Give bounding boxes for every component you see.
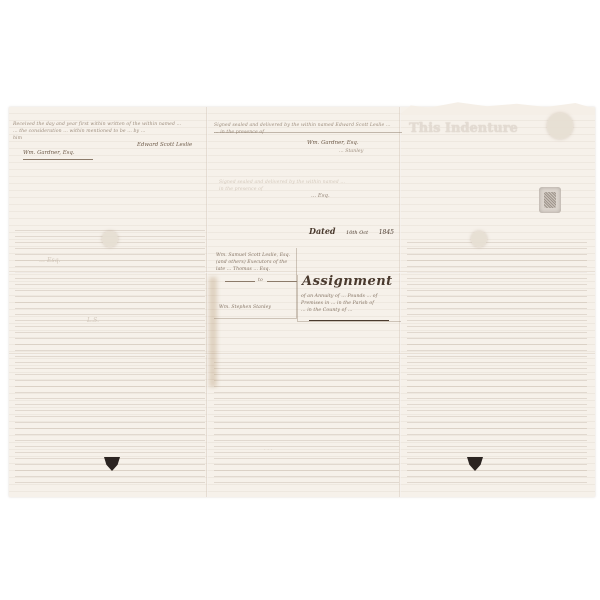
dated-day: 10th Oct (346, 230, 368, 236)
text-line: Signed sealed and delivered by the withi… (214, 122, 399, 129)
dated-line: Dated 10th Oct 1845 (309, 226, 394, 236)
dated-prefix: Dated (309, 226, 336, 236)
middle-second-signature: ... Esq. (311, 193, 330, 199)
text-line: Received the day and year first within w… (13, 121, 203, 128)
middle-witness-signature: Wm. Gardner, Esq. (307, 140, 359, 146)
fold-line-left (206, 107, 208, 497)
left-lower-note: L.S. (87, 317, 99, 324)
subtitle-line: of an Annuity of ... Pounds ... of (301, 293, 399, 300)
torn-edge (399, 99, 595, 115)
title-underline (309, 320, 389, 321)
text-line: him (13, 135, 203, 142)
embossed-seal (547, 113, 573, 139)
middle-top-rule (214, 132, 402, 133)
left-signature: Edward Scott Leslie (137, 142, 192, 148)
ruled-lines-right (407, 237, 587, 487)
middle-witness-detail: ... Stanley (339, 148, 363, 155)
subtitle-line: Premises in ... in the Parish of (301, 300, 399, 307)
middle-second-text: Signed sealed and delivered by the withi… (219, 179, 399, 193)
party-2: Wm. Stephen Stanley (219, 304, 271, 311)
left-note: ... Esq. (39, 257, 61, 264)
ruled-lines-left (15, 225, 205, 485)
title-subtitle: of an Annuity of ... Pounds ... of Premi… (301, 293, 399, 314)
left-witness-underline (23, 159, 93, 160)
fold-line-horizontal-lower (9, 353, 595, 355)
party-rule-left (225, 281, 255, 282)
dated-year: 1845 (379, 229, 394, 236)
left-receipt-text: Received the day and year first within w… (13, 121, 203, 142)
versus-marker: to (258, 277, 263, 284)
lower-middle-note: · · · (264, 447, 272, 454)
paper-wafer-right (471, 231, 487, 247)
deed-paper: Received the day and year first within w… (9, 107, 595, 497)
fold-line-horizontal (9, 271, 595, 273)
embossed-heading: This Indenture (409, 121, 518, 136)
text-line: ... the consideration ... within mention… (13, 128, 203, 135)
text-line: in the presence of (219, 186, 399, 193)
party-rule-right (267, 281, 297, 282)
ruled-lines-middle (214, 357, 399, 487)
text-line: Signed sealed and delivered by the withi… (219, 179, 399, 186)
left-witness: Wm. Gardner, Esq. (23, 150, 75, 156)
party-1: Wm. Samuel Scott Leslie, Esq. (and other… (216, 252, 296, 273)
middle-execution-text: Signed sealed and delivered by the withi… (214, 122, 399, 136)
paper-wafer-left (102, 231, 118, 247)
duty-stamp (539, 187, 561, 213)
document-title: Assignment (302, 274, 393, 289)
subtitle-line: ... in the County of ... (301, 307, 399, 314)
